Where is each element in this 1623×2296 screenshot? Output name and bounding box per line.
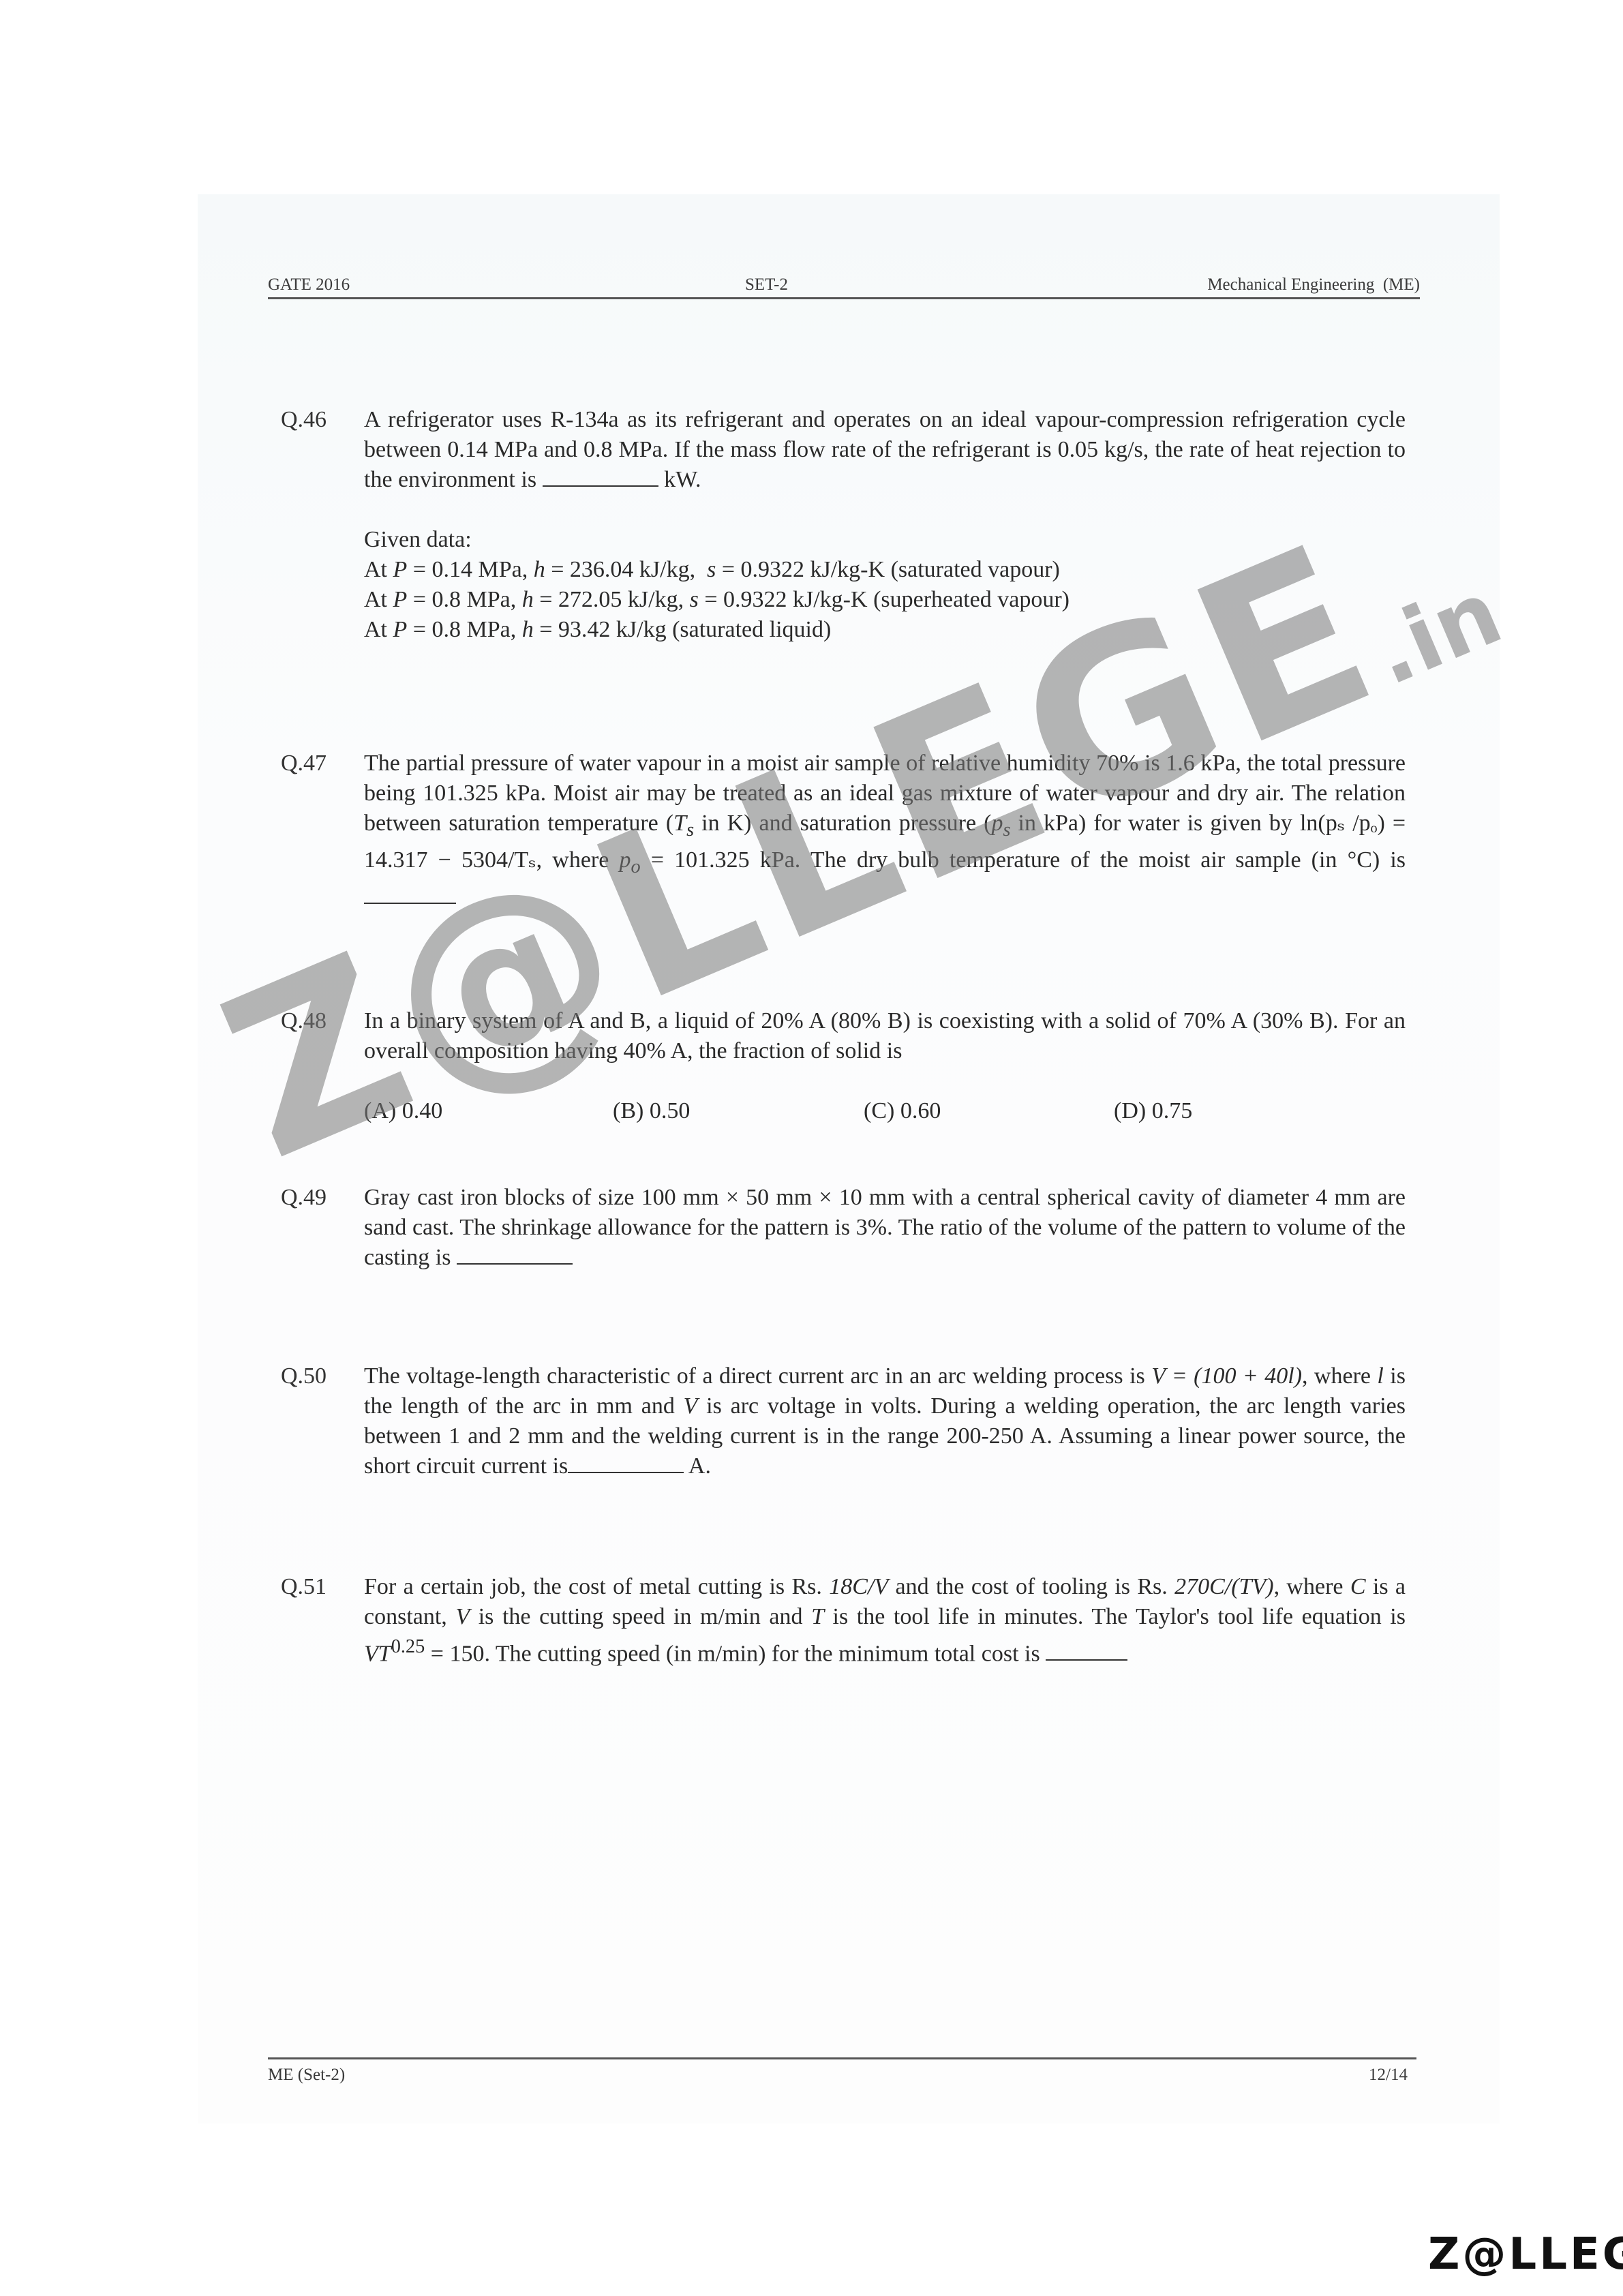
paper-name: Mechanical Engineering (ME): [1207, 275, 1420, 294]
exam-name: GATE 2016: [268, 275, 350, 294]
question-number: Q.47: [281, 749, 327, 779]
question-number: Q.51: [281, 1572, 327, 1602]
question-text: The partial pressure of water vapour in …: [364, 749, 1406, 912]
option-a[interactable]: (A) 0.40: [364, 1096, 442, 1126]
question-text: The voltage-length characteristic of a d…: [364, 1361, 1406, 1481]
question-text: Gray cast iron blocks of size 100 mm × 5…: [364, 1183, 1406, 1273]
footer-rule: [268, 2057, 1416, 2059]
answer-blank: [568, 1451, 684, 1473]
paper-code: ME (Set-2): [268, 2066, 345, 2085]
page-number: 12/14: [1369, 2066, 1408, 2085]
answer-blank: [457, 1243, 573, 1265]
question-number: Q.50: [281, 1361, 327, 1391]
question-text: For a certain job, the cost of metal cut…: [364, 1572, 1406, 1669]
taylor-equation: VT: [364, 1641, 391, 1666]
given-data: Given data: At P = 0.14 MPa, h = 236.04 …: [364, 525, 1406, 645]
header-rule: [268, 297, 1420, 299]
question-number: Q.48: [281, 1006, 327, 1036]
option-d[interactable]: (D) 0.75: [1114, 1096, 1192, 1126]
brand-logo: Z@LLEGE.in: [1428, 2229, 1623, 2280]
set-label: SET-2: [745, 275, 788, 294]
answer-blank: [364, 882, 456, 904]
question-text: A refrigerator uses R-134a as its refrig…: [364, 405, 1406, 495]
equation: V = (100 + 40l): [1151, 1363, 1302, 1389]
question-number: Q.49: [281, 1183, 327, 1213]
given-row: At P = 0.8 MPa, h = 272.05 kJ/kg, s = 0.…: [364, 585, 1406, 615]
running-header: GATE 2016 SET-2 Mechanical Engineering (…: [268, 273, 1420, 300]
answer-options: (A) 0.40 (B) 0.50 (C) 0.60 (D) 0.75: [364, 1096, 1406, 1126]
option-c[interactable]: (C) 0.60: [864, 1096, 941, 1126]
answer-blank: [543, 465, 658, 487]
given-row: At P = 0.14 MPa, h = 236.04 kJ/kg, s = 0…: [364, 555, 1406, 585]
given-row: At P = 0.8 MPa, h = 93.42 kJ/kg (saturat…: [364, 615, 1406, 645]
given-title: Given data:: [364, 525, 1406, 555]
question-number: Q.46: [281, 405, 327, 435]
option-b[interactable]: (B) 0.50: [613, 1096, 690, 1126]
question-text: In a binary system of A and B, a liquid …: [364, 1006, 1406, 1066]
answer-blank: [1046, 1639, 1127, 1661]
